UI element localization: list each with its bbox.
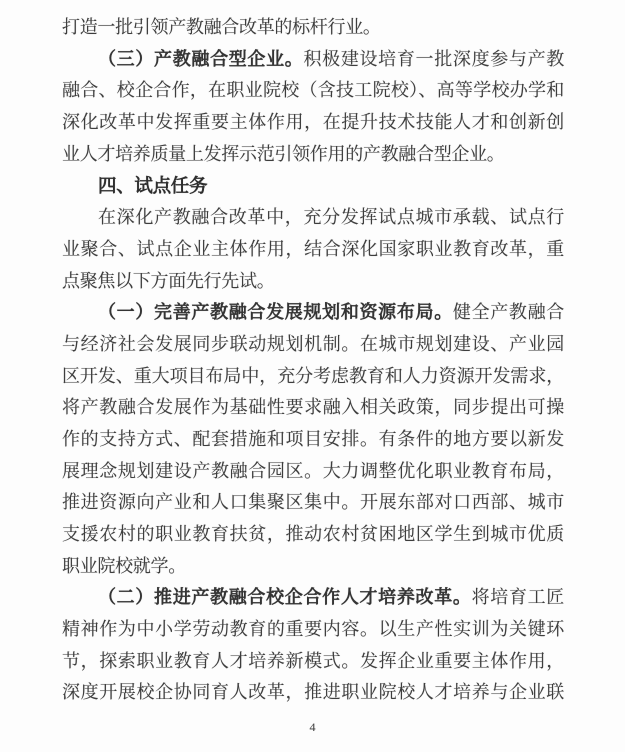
document-line: 展理念规划建设产教融合园区。大力调整优化职业教育布局， [62,456,564,488]
document-line: 区开发、重大项目布局中，充分考虑教育和人力资源开发需求， [62,361,564,393]
document-line: 精神作为中小学劳动教育的重要内容。以生产性实训为关键环 [62,614,564,646]
document-line: 融合、校企合作，在职业院校（含技工院校）、高等学校办学和 [62,75,564,107]
document-line: 支援农村的职业教育扶贫，推动农村贫困地区学生到城市优质 [62,519,564,551]
document-body: 打造一批引领产教融合改革的标杆行业。（三）产教融合型企业。积极建设培育一批深度参… [62,12,564,709]
document-line: 深度开展校企协同育人改革，推进职业院校人才培养与企业联 [62,677,564,709]
line-text: 将培育工匠 [472,587,564,607]
document-line: 职业院校就学。 [62,551,564,583]
document-line: 与经济社会发展同步联动规划机制。在城市规划建设、产业园 [62,329,564,361]
document-line: 推进资源向产业和人口集聚区集中。开展东部对口西部、城市 [62,487,564,519]
document-line: 节，探索职业教育人才培养新模式。发挥企业重要主体作用， [62,646,564,678]
page-number: 4 [0,720,625,735]
document-line: 作的支持方式、配套措施和项目安排。有条件的地方要以新发 [62,424,564,456]
document-page: 打造一批引领产教融合改革的标杆行业。（三）产教融合型企业。积极建设培育一批深度参… [0,0,625,752]
paragraph-lead: （一）完善产教融合发展规划和资源布局。 [98,302,453,322]
document-line: 业聚合、试点企业主体作用，结合深化国家职业教育改革，重 [62,234,564,266]
document-line: （一）完善产教融合发展规划和资源布局。健全产教融合 [62,297,564,329]
document-line: 打造一批引领产教融合改革的标杆行业。 [62,12,564,44]
document-line: 业人才培养质量上发挥示范引领作用的产教融合型企业。 [62,139,564,171]
document-line: 在深化产教融合改革中，充分发挥试点城市承载、试点行 [62,202,564,234]
line-text: 积极建设培育一批深度参与产教 [303,49,564,69]
document-line: 将产教融合发展作为基础性要求融入相关政策，同步提出可操 [62,392,564,424]
line-text: 健全产教融合 [453,302,564,322]
document-line: （三）产教融合型企业。积极建设培育一批深度参与产教 [62,44,564,76]
document-line: 点聚焦以下方面先行先试。 [62,266,564,298]
section-heading: 四、试点任务 [62,170,564,202]
paragraph-lead: （三）产教融合型企业。 [98,49,303,69]
document-line: （二）推进产教融合校企合作人才培养改革。将培育工匠 [62,582,564,614]
paragraph-lead: （二）推进产教融合校企合作人才培养改革。 [98,587,472,607]
document-line: 深化改革中发挥重要主体作用，在提升技术技能人才和创新创 [62,107,564,139]
